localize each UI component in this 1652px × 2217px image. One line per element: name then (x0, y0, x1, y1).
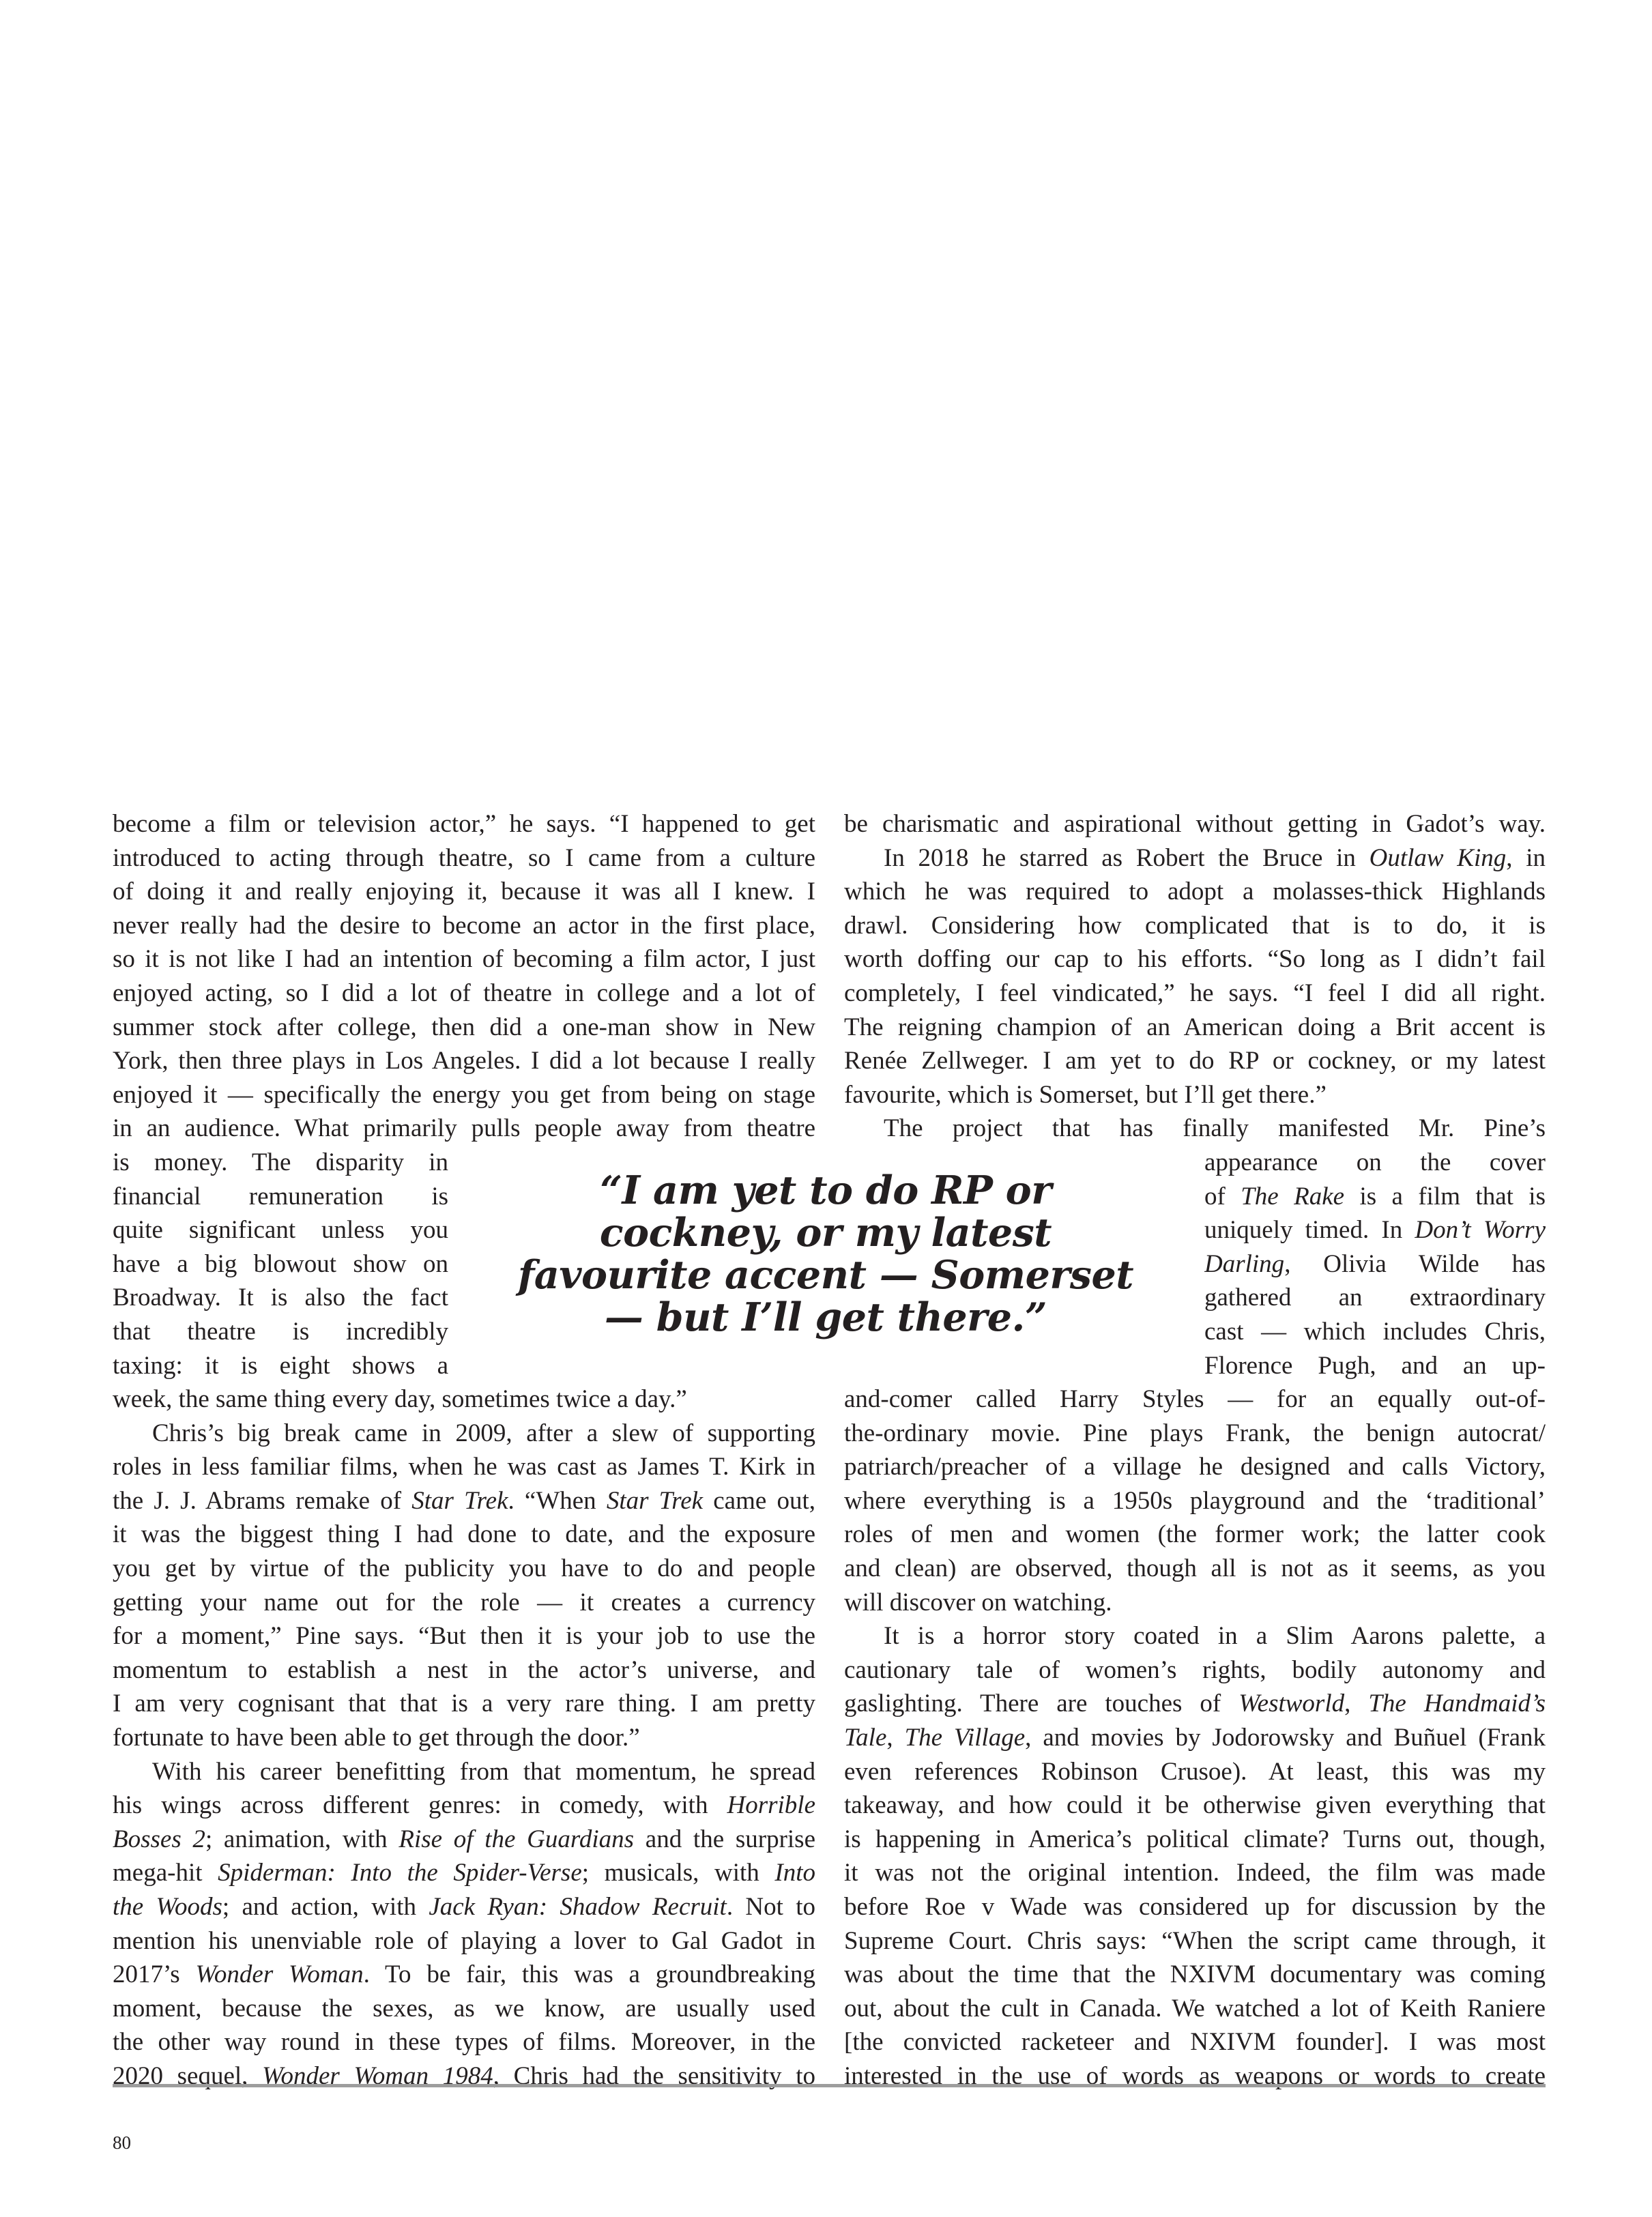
text-line: appearance on the cover (1204, 1146, 1546, 1180)
text-line: was about the time that the NXIVM docume… (844, 1958, 1546, 1992)
text-line: the J. J. Abrams remake of Star Trek. “W… (113, 1484, 815, 1518)
text-line: which he was required to adopt a molasse… (844, 875, 1546, 909)
text-line: Renée Zellweger. I am yet to do RP or co… (844, 1044, 1546, 1078)
text-line: become a film or television actor,” he s… (113, 807, 815, 841)
article-column-left: become a film or television actor,” he s… (113, 807, 815, 2093)
text-line: never really had the desire to become an… (113, 909, 815, 943)
text-line: patriarch/preacher of a village he desig… (844, 1450, 1546, 1484)
text-line: in an audience. What primarily pulls peo… (113, 1112, 815, 1146)
article-column-right: be charismatic and aspirational without … (844, 807, 1546, 2093)
text-line: of doing it and really enjoying it, beca… (113, 875, 815, 909)
pull-quote-line: — but I’ll get there.” (478, 1296, 1174, 1339)
text-line: mega-hit Spiderman: Into the Spider-Vers… (113, 1856, 815, 1890)
text-line: favourite, which is Somerset, but I’ll g… (844, 1078, 1546, 1112)
pull-quote-line: favourite accent — Somerset (478, 1254, 1174, 1296)
text-line: gathered an extraordinary (1204, 1281, 1546, 1315)
text-line: before Roe v Wade was considered up for … (844, 1890, 1546, 1924)
text-line: and clean) are observed, though all is n… (844, 1552, 1546, 1586)
text-line: interested in the use of words as weapon… (844, 2059, 1546, 2093)
magazine-page: become a film or television actor,” he s… (0, 0, 1652, 2217)
text-line: cast — which includes Chris, (1204, 1315, 1546, 1349)
text-line: Supreme Court. Chris says: “When the scr… (844, 1924, 1546, 1958)
text-line: roles in less familiar films, when he wa… (113, 1450, 815, 1484)
page-number: 80 (113, 2132, 131, 2154)
text-line: summer stock after college, then did a o… (113, 1011, 815, 1045)
text-line: Florence Pugh, and an up- (1204, 1349, 1546, 1383)
text-line: it was not the original intention. Indee… (844, 1856, 1546, 1890)
text-line: have a big blowout show on (113, 1247, 448, 1281)
text-line: it was the biggest thing I had done to d… (113, 1518, 815, 1552)
pull-quote-line: cockney, or my latest (478, 1212, 1174, 1254)
text-line: is happening in America’s political clim… (844, 1823, 1546, 1857)
text-line: Chris’s big break came in 2009, after a … (113, 1417, 815, 1451)
text-line: Bosses 2; animation, with Rise of the Gu… (113, 1823, 815, 1857)
text-line: and-comer called Harry Styles — for an e… (844, 1382, 1546, 1417)
text-line: [the convicted racketeer and NXIVM found… (844, 2025, 1546, 2059)
text-line: enjoyed acting, so I did a lot of theatr… (113, 976, 815, 1011)
text-line: financial remuneration is (113, 1180, 448, 1214)
text-line: of The Rake is a film that is (1204, 1180, 1546, 1214)
text-line: the-ordinary movie. Pine plays Frank, th… (844, 1417, 1546, 1451)
text-line: Broadway. It is also the fact (113, 1281, 448, 1315)
text-line: you get by virtue of the publicity you h… (113, 1552, 815, 1586)
text-line: The project that has finally manifested … (844, 1112, 1546, 1146)
text-line: taxing: it is eight shows a (113, 1349, 448, 1383)
text-line: quite significant unless you (113, 1213, 448, 1247)
text-line: fortunate to have been able to get throu… (113, 1721, 815, 1755)
text-line: cautionary tale of women’s rights, bodil… (844, 1653, 1546, 1687)
text-line: momentum to establish a nest in the acto… (113, 1653, 815, 1687)
text-line: for a moment,” Pine says. “But then it i… (113, 1619, 815, 1653)
text-line: even references Robinson Crusoe). At lea… (844, 1755, 1546, 1789)
text-line: moment, because the sexes, as we know, a… (113, 1992, 815, 2026)
text-line: York, then three plays in Los Angeles. I… (113, 1044, 815, 1078)
text-line: In 2018 he starred as Robert the Bruce i… (844, 841, 1546, 875)
text-line: uniquely timed. In Don’t Worry (1204, 1213, 1546, 1247)
text-line: Tale, The Village, and movies by Jodorow… (844, 1721, 1546, 1755)
text-line: gaslighting. There are touches of Westwo… (844, 1687, 1546, 1721)
text-line: I am very cognisant that that is a very … (113, 1687, 815, 1721)
text-line: 2017’s Wonder Woman. To be fair, this wa… (113, 1958, 815, 1992)
text-line: With his career benefitting from that mo… (113, 1755, 815, 1789)
text-line: mention his unenviable role of playing a… (113, 1924, 815, 1958)
text-line: that theatre is incredibly (113, 1315, 448, 1349)
text-line: out, about the cult in Canada. We watche… (844, 1992, 1546, 2026)
text-line: completely, I feel vindicated,” he says.… (844, 976, 1546, 1011)
text-line: the Woods; and action, with Jack Ryan: S… (113, 1890, 815, 1924)
text-line: enjoyed it — specifically the energy you… (113, 1078, 815, 1112)
text-line: takeaway, and how could it be otherwise … (844, 1788, 1546, 1823)
text-line: 2020 sequel, Wonder Woman 1984, Chris ha… (113, 2059, 815, 2093)
text-line: the other way round in these types of fi… (113, 2025, 815, 2059)
text-line: is money. The disparity in (113, 1146, 448, 1180)
text-line: worth doffing our cap to his efforts. “S… (844, 942, 1546, 976)
text-line: where everything is a 1950s playground a… (844, 1484, 1546, 1518)
text-line: Darling, Olivia Wilde has (1204, 1247, 1546, 1281)
footer-rule (113, 2084, 1546, 2087)
pull-quote-line: “I am yet to do RP or (478, 1170, 1174, 1212)
text-line: roles of men and women (the former work;… (844, 1518, 1546, 1552)
text-line: The reigning champion of an American doi… (844, 1011, 1546, 1045)
text-line: drawl. Considering how complicated that … (844, 909, 1546, 943)
text-line: It is a horror story coated in a Slim Aa… (844, 1619, 1546, 1653)
text-line: so it is not like I had an intention of … (113, 942, 815, 976)
text-line: getting your name out for the role — it … (113, 1586, 815, 1620)
text-line: introduced to acting through theatre, so… (113, 841, 815, 875)
text-line: his wings across different genres: in co… (113, 1788, 815, 1823)
pull-quote: “I am yet to do RP or cockney, or my lat… (478, 1170, 1174, 1339)
text-line: week, the same thing every day, sometime… (113, 1382, 815, 1417)
text-line: will discover on watching. (844, 1586, 1546, 1620)
text-line: be charismatic and aspirational without … (844, 807, 1546, 841)
